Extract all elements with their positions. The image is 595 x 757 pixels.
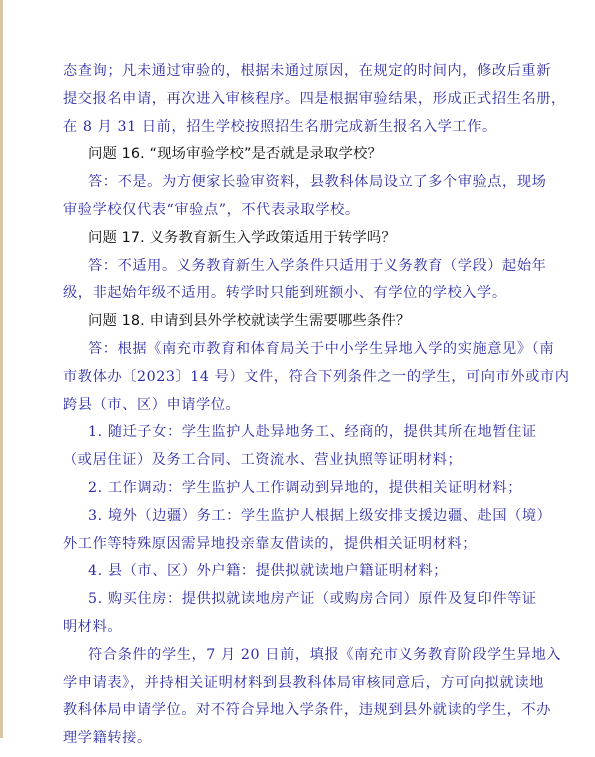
paragraph-line: 在 8 月 31 日前，招生学校按照招生名册完成新生报名入学工作。	[63, 114, 535, 142]
closing-line: 学申请表》，并持相关证明材料到县教科体局审核同意后，方可向拟就读地	[63, 670, 535, 698]
condition-5-line: 5. 购买住房：提供拟就读地房产证（或购房合同）原件及复印件等证	[63, 586, 535, 614]
condition-3-line: 3. 境外（边疆）务工：学生监护人根据上级安排支援边疆、赴国（境）	[63, 503, 535, 531]
question-17-heading: 问题 17. 义务教育新生入学政策适用于转学吗？	[63, 225, 535, 253]
answer-line: 答：不适用。义务教育新生入学条件只适用于义务教育（学段）起始年	[63, 253, 535, 281]
paragraph-line: 态查询；凡未通过审验的，根据未通过原因，在规定的时间内，修改后重新	[63, 58, 535, 86]
closing-line: 理学籍转接。	[63, 725, 535, 753]
question-18-heading: 问题 18. 申请到县外学校就读学生需要哪些条件？	[63, 308, 535, 336]
answer-line: 答：根据《南充市教育和体育局关于中小学生异地入学的实施意见》（南	[63, 336, 535, 364]
paragraph-line: 提交报名申请，再次进入审核程序。四是根据审验结果，形成正式招生名册，	[63, 86, 535, 114]
answer-line: 答：不是。为方便家长验审资料，县教科体局设立了多个审验点，现场	[63, 169, 535, 197]
question-16-heading: 问题 16. “现场审验学校”是否就是录取学校？	[63, 141, 535, 169]
condition-2-line: 2. 工作调动：学生监护人工作调动到异地的，提供相关证明材料；	[63, 475, 535, 503]
condition-4-line: 4. 县（市、区）外户籍：提供拟就读地户籍证明材料；	[63, 558, 535, 586]
answer-line: 审验学校仅代表“审验点”，不代表录取学校。	[63, 197, 535, 225]
closing-line: 符合条件的学生，7 月 20 日前，填报《南充市义务教育阶段学生异地入	[63, 642, 535, 670]
condition-1-line: 1. 随迁子女：学生监护人赴异地务工、经商的，提供其所在地暂住证	[63, 419, 535, 447]
answer-line: 市教体办〔2023〕14 号）文件，符合下列条件之一的学生，可向市外或市内	[63, 364, 535, 392]
answer-line: 跨县（市、区）申请学位。	[63, 392, 535, 420]
document-page: 态查询；凡未通过审验的，根据未通过原因，在规定的时间内，修改后重新 提交报名申请…	[63, 58, 535, 753]
condition-3-line: 外工作等特殊原因需异地投亲靠友借读的，提供相关证明材料；	[63, 531, 535, 559]
page-left-border	[0, 0, 3, 738]
closing-line: 教科体局申请学位。对不符合异地入学条件，违规到县外就读的学生，不办	[63, 697, 535, 725]
condition-5-line: 明材料。	[63, 614, 535, 642]
condition-1-line: （或居住证）及务工合同、工资流水、营业执照等证明材料；	[63, 447, 535, 475]
answer-line: 级，非起始年级不适用。转学时只能到班额小、有学位的学校入学。	[63, 280, 535, 308]
